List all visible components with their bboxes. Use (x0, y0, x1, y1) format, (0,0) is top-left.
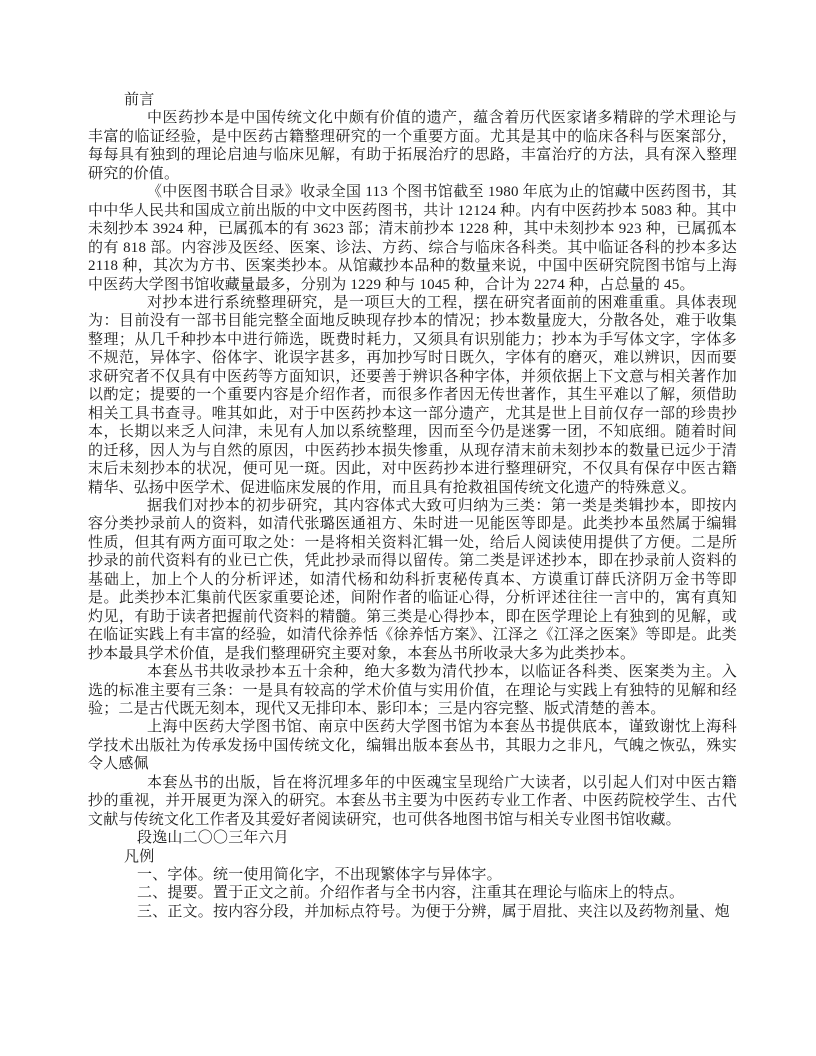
notes-item: 二、提要。置于正文之前。介绍作者与全书内容，注重其在理论与临床上的特点。 (88, 884, 737, 902)
preface-body: 中医药抄本是中国传统文化中颇有价值的遗产，蕴含着历代医家诸多精辟的学术理论与丰富… (88, 109, 737, 829)
preface-paragraph: 本套丛书的出版，旨在将沉埋多年的中医魂宝呈现给广大读者，以引起人们对中医古籍抄的… (88, 774, 737, 829)
notes-item: 三、正文。按内容分段，并加标点符号。为便于分辨，属于眉批、夹注以及药物剂量、炮 (88, 903, 737, 921)
page-content: 前言 中医药抄本是中国传统文化中颇有价值的遗产，蕴含着历代医家诸多精辟的学术理论… (88, 91, 737, 921)
preface-paragraph: 《中医图书联合目录》收录全国 113 个图书馆截至 1980 年底为止的馆藏中医… (88, 183, 737, 294)
notes-body: 一、字体。统一使用简化字，不出现繁体字与异体字。二、提要。置于正文之前。介绍作者… (88, 866, 737, 921)
notes-heading: 凡例 (88, 848, 737, 866)
preface-paragraph: 中医药抄本是中国传统文化中颇有价值的遗产，蕴含着历代医家诸多精辟的学术理论与丰富… (88, 109, 737, 183)
preface-paragraph: 上海中医药大学图书馆、南京中医药大学图书馆为本套丛书提供底本，谨致谢忱上海科学技… (88, 718, 737, 773)
preface-signature: 段逸山二〇〇三年六月 (88, 829, 737, 847)
preface-paragraph: 本套丛书共收录抄本五十余种，绝大多数为清代抄本，以临证各科类、医案类为主。入选的… (88, 663, 737, 718)
preface-heading: 前言 (88, 91, 737, 109)
preface-paragraph: 据我们对抄本的初步研究，其内容体式大致可归纳为三类：第一类是类辑抄本，即按内容分… (88, 497, 737, 663)
notes-item: 一、字体。统一使用简化字，不出现繁体字与异体字。 (88, 866, 737, 884)
document-page: 前言 中医药抄本是中国传统文化中颇有价值的遗产，蕴含着历代医家诸多精辟的学术理论… (0, 0, 816, 1056)
preface-paragraph: 对抄本进行系统整理研究，是一项巨大的工程，摆在研究者面前的困难重重。具体表现为：… (88, 294, 737, 497)
